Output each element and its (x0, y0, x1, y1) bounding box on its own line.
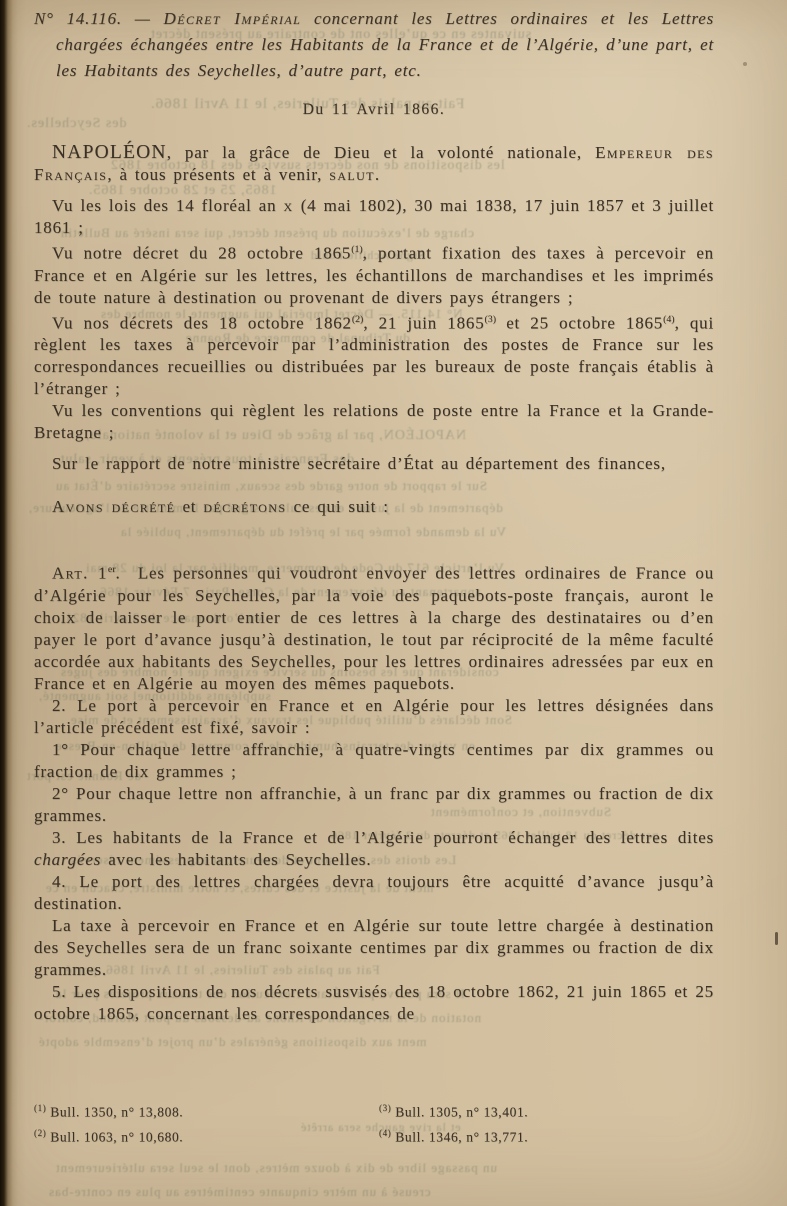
footnote: (1)Bull. 1350, n° 13,808. (34, 1098, 379, 1123)
ink-mark (775, 932, 778, 945)
decree-heading: N° 14.116. — Décret Impérial concernant … (34, 6, 714, 84)
recital-report: Sur le rapport de notre ministre secréta… (34, 453, 714, 475)
article-2: 2. Le port à percevoir en France et en A… (34, 695, 714, 739)
footnote: (4)Bull. 1346, n° 13,771. (379, 1123, 724, 1148)
book-binding-shadow (0, 0, 26, 1206)
bleedthrough-text: creusé à un mètre cinquante centimètres … (48, 1184, 431, 1200)
bleedthrough-text: un passage libre de dix à douze mètres, … (55, 1160, 497, 1176)
document-body: N° 14.116. — Décret Impérial concernant … (34, 6, 714, 1025)
article-4-tax: La taxe à percevoir en France et en Algé… (34, 915, 714, 981)
bleedthrough-text: ment aux dispositions générales d’un pro… (38, 1034, 426, 1050)
recital-decrees-1862-1865: Vu nos décrets des 18 octobre 1862(2), 2… (34, 309, 714, 401)
article-5: 5. Les dispositions de nos décrets susvi… (34, 981, 714, 1025)
footnote: (2)Bull. 1063, n° 10,680. (34, 1123, 379, 1148)
scanned-page: { "page": { "paper_color": "#cfbc9c", "i… (0, 0, 787, 1206)
footnotes-right: (3)Bull. 1305, n° 13,401.(4)Bull. 1346, … (379, 1098, 724, 1147)
recital-decree-1865: Vu notre décret du 28 octobre 1865(1), p… (34, 239, 714, 309)
article-2-item-2: 2° Pour chaque lettre non affranchie, à … (34, 783, 714, 827)
footnotes: (1)Bull. 1350, n° 13,808.(2)Bull. 1063, … (34, 1098, 724, 1147)
article-4: 4. Le port des lettres chargées devra to… (34, 871, 714, 915)
enacting-formula: Avons décrété et décrétons ce qui suit : (34, 496, 714, 518)
decree-date: Du 11 Avril 1866. (34, 99, 714, 121)
recital-laws: Vu les lois des 14 floréal an x (4 mai 1… (34, 195, 714, 239)
footnotes-left: (1)Bull. 1350, n° 13,808.(2)Bull. 1063, … (34, 1098, 379, 1147)
footnote: (3)Bull. 1305, n° 13,401. (379, 1098, 724, 1123)
ink-speck (743, 62, 747, 66)
recital-conventions: Vu les conventions qui règlent les relat… (34, 400, 714, 444)
article-3: 3. Les habitants de la France et de l’Al… (34, 827, 714, 871)
preamble-royal-style: NAPOLÉON, par la grâce de Dieu et la vol… (34, 142, 714, 186)
article-2-item-1: 1° Pour chaque lettre affranchie, à quat… (34, 739, 714, 783)
article-1: Art. 1er. Les personnes qui voudront env… (34, 559, 714, 695)
